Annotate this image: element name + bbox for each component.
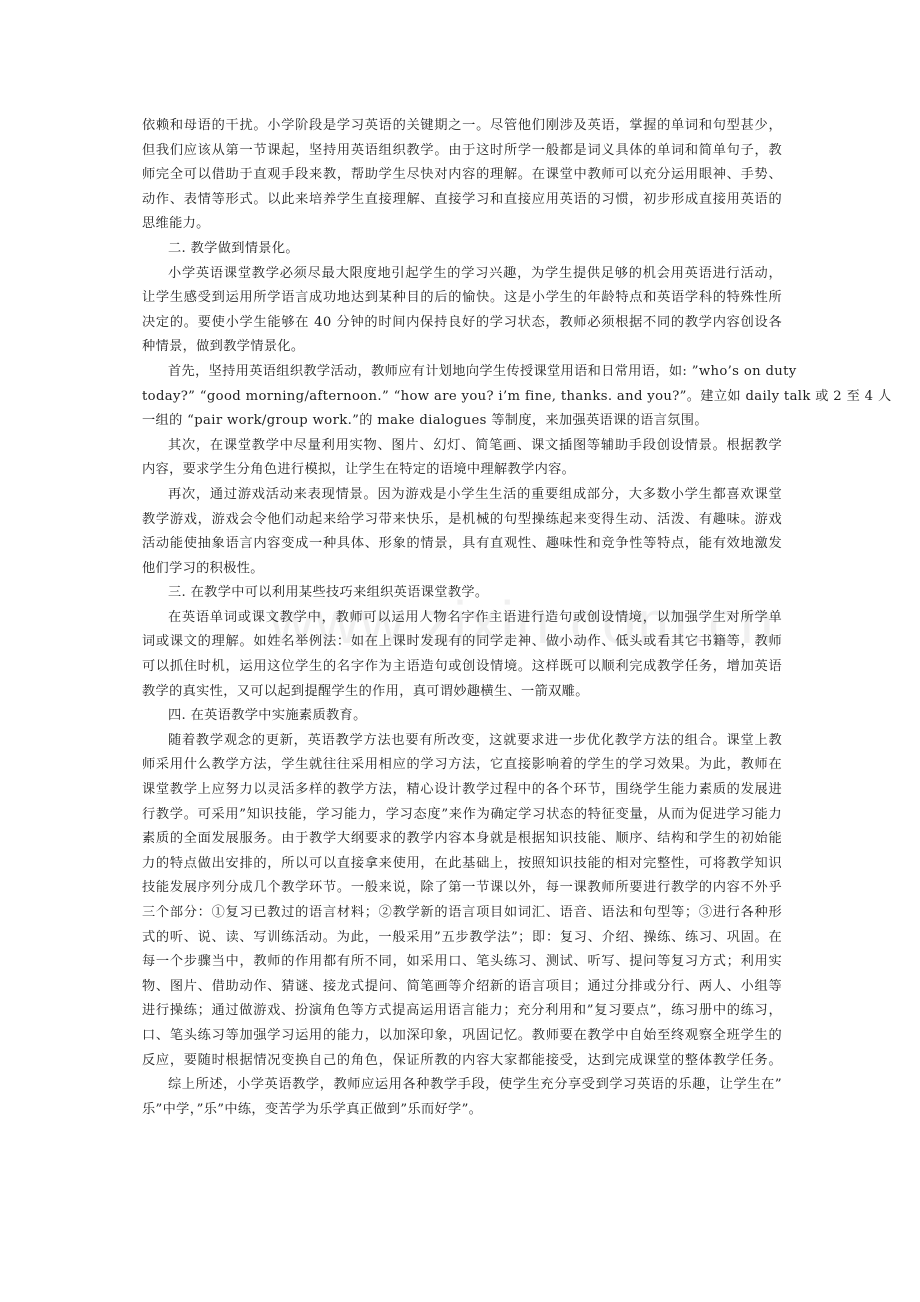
paragraph-line: 他们学习的积极性。: [142, 557, 782, 582]
paragraph-line-indented: 其次，在课堂教学中尽量利用实物、图片、幻灯、简笔画、课文插图等辅助手段创设情景。…: [142, 434, 782, 459]
paragraph-line: 内容，要求学生分角色进行模拟，让学生在特定的语境中理解教学内容。: [142, 458, 782, 483]
paragraph-line: 技能发展序列分成几个教学环节。一般来说，除了第一节课以外，每一课教师所要进行教学…: [142, 876, 782, 901]
paragraph-line: 素质的全面发展服务。由于教学大纲要求的教学内容本身就是根据知识技能、顺序、结构和…: [142, 827, 782, 852]
paragraph-line: 但我们应该从第一节课起，坚持用英语组织教学。由于这时所学一般都是词义具体的单词和…: [142, 139, 782, 164]
paragraph-line-indented: 在英语单词或课文教学中，教师可以运用人物名字作主语进行造句或创设情境，以加强学生…: [142, 606, 782, 631]
paragraph-line-indented: 三. 在教学中可以利用某些技巧来组织英语课堂教学。: [142, 581, 782, 606]
paragraph-line: 师完全可以借助于直观手段来教，帮助学生尽快对内容的理解。在课堂中教师可以充分运用…: [142, 163, 782, 188]
paragraph-line: today?” “good morning/afternoon.” “how a…: [142, 385, 782, 410]
paragraph-line: 反应，要随时根据情况变换自己的角色，保证所教的内容大家都能接受，达到完成课堂的整…: [142, 1049, 782, 1074]
paragraph-line: 口、笔头练习等加强学习运用的能力，以加深印象，巩固记忆。教师要在教学中自始至终观…: [142, 1024, 782, 1049]
paragraph-line: 活动能使抽象语言内容变成一种具体、形象的情景，具有直观性、趣味性和竞争性等特点，…: [142, 532, 782, 557]
paragraph-line: 思维能力。: [142, 212, 782, 237]
paragraph-line: 教学游戏，游戏会令他们动起来给学习带来快乐，是机械的句型操练起来变得生动、活泼、…: [142, 508, 782, 533]
paragraph-line: 可以抓住时机，运用这位学生的名字作为主语造句或创设情境。这样既可以顺利完成教学任…: [142, 655, 782, 680]
paragraph-line-indented: 四. 在英语教学中实施素质教育。: [142, 704, 782, 729]
paragraph-line-indented: 小学英语课堂教学必须尽最大限度地引起学生的学习兴趣，为学生提供足够的机会用英语进…: [142, 262, 782, 287]
paragraph-line: 三个部分：①复习已教过的语言材料；②教学新的语言项目如词汇、语音、语法和句型等；…: [142, 901, 782, 926]
paragraph-line: 动作、表情等形式。以此来培养学生直接理解、直接学习和直接应用英语的习惯，初步形成…: [142, 188, 782, 213]
paragraph-line-indented: 再次，通过游戏活动来表现情景。因为游戏是小学生生活的重要组成部分，大多数小学生都…: [142, 483, 782, 508]
paragraph-line: 课堂教学上应努力以灵活多样的教学方法，精心设计教学过程中的各个环节，围绕学生能力…: [142, 778, 782, 803]
paragraph-line: 师采用什么教学方法，学生就往往采用相应的学习方法，它直接影响着的学生的学习效果。…: [142, 753, 782, 778]
paragraph-line: 进行操练；通过做游戏、扮演角色等方式提高运用语言能力；充分利用和”复习要点”，练…: [142, 999, 782, 1024]
paragraph-line: 一组的 “pair work/group work.”的 make dialog…: [142, 409, 782, 434]
paragraph-line-indented: 首先，坚持用英语组织教学活动，教师应有计划地向学生传授课堂用语和日常用语，如: …: [142, 360, 782, 385]
paragraph-line: 教学的真实性，又可以起到提醒学生的作用，真可谓妙趣横生、一箭双雕。: [142, 680, 782, 705]
paragraph-line: 依赖和母语的干扰。小学阶段是学习英语的关键期之一。尽管他们刚涉及英语，掌握的单词…: [142, 114, 782, 139]
paragraph-line: 行教学。可采用”知识技能，学习能力，学习态度”来作为确定学习状态的特征变量，从而…: [142, 803, 782, 828]
paragraph-line: 决定的。要使小学生能够在 40 分钟的时间内保持良好的学习状态，教师必须根据不同…: [142, 311, 782, 336]
paragraph-line-indented: 随着教学观念的更新，英语教学方法也要有所改变，这就要求进一步优化教学方法的组合。…: [142, 729, 782, 754]
paragraph-line: 物、图片、借助动作、猜谜、接龙式提问、简笔画等介绍新的语言项目；通过分排或分行、…: [142, 975, 782, 1000]
paragraph-line: 词或课文的理解。如姓名举例法：如在上课时发现有的同学走神、做小动作、低头或看其它…: [142, 630, 782, 655]
paragraph-line: 让学生感受到运用所学语言成功地达到某种目的后的愉快。这是小学生的年龄特点和英语学…: [142, 286, 782, 311]
document-body: 依赖和母语的干扰。小学阶段是学习英语的关键期之一。尽管他们刚涉及英语，掌握的单词…: [142, 114, 782, 1122]
paragraph-line: 式的听、说、读、写训练活动。为此，一般采用”五步教学法”；即：复习、介绍、操练、…: [142, 926, 782, 951]
paragraph-line: 力的特点做出安排的，所以可以直接拿来使用，在此基础上，按照知识技能的相对完整性，…: [142, 852, 782, 877]
paragraph-line: 乐”中学，”乐”中练，变苦学为乐学真正做到”乐而好学”。: [142, 1098, 782, 1123]
paragraph-line: 种情景，做到教学情景化。: [142, 335, 782, 360]
paragraph-line-indented: 综上所述，小学英语教学，教师应运用各种教学手段，使学生充分享受到学习英语的乐趣，…: [142, 1073, 782, 1098]
paragraph-line: 每一个步骤当中，教师的作用都有所不同，如采用口、笔头练习、测试、听写、提问等复习…: [142, 950, 782, 975]
paragraph-line-indented: 二. 教学做到情景化。: [142, 237, 782, 262]
